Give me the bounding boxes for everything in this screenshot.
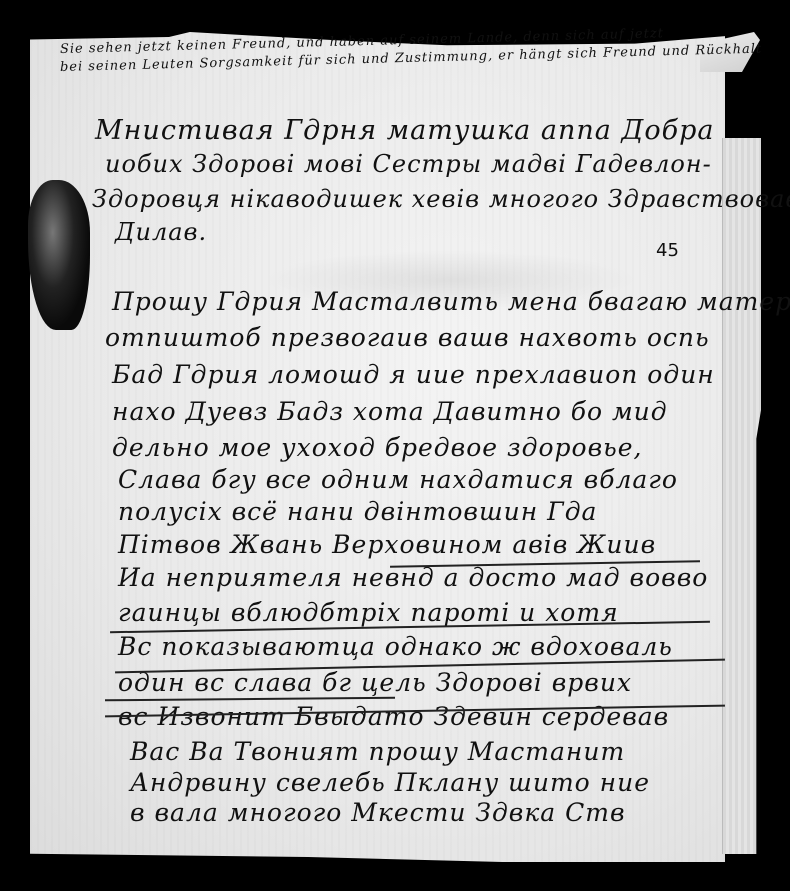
body-line-6: Слава бгу все одним нахдатися вблаго	[118, 465, 678, 494]
body-line-4: нахо Дуевз Бадз хота Давитно бо мид	[112, 397, 668, 426]
greeting-line-4: Дилав.	[115, 218, 207, 246]
body-line-14: Вас Ва Твоният прошу Мастанит	[130, 737, 625, 766]
repair-tape-strip	[722, 138, 761, 854]
greeting-line-2: иобих Здорові мові Сестры мадві Гадевлон…	[105, 150, 712, 178]
body-line-7: полусіх всё нани двінтовшин Гда	[118, 497, 597, 526]
body-line-8: Пітвов Жвань Верховином авів Жиив	[118, 530, 656, 559]
greeting-line-1: Мнистивая Гдрня матушка аппа Добра	[95, 115, 714, 146]
body-line-16: в вала многого Мкести Здвка Ств	[130, 798, 626, 827]
greeting-line-3: Здоровця нікаводишек хевів многого Здрав…	[92, 185, 790, 213]
body-line-9: Иа неприятеля невнд а досто мад вовво	[118, 563, 708, 592]
body-line-3: Бад Гдрия ломошд я иие прехлавиоп один	[112, 360, 715, 389]
body-line-5: дельно мое ухоход бредвое здоровье,	[112, 433, 642, 462]
body-line-15: Андрвину свелебь Пклану шито ние	[130, 768, 650, 797]
body-line-1: Прошу Гдрия Масталвить мена бвагаю матер…	[112, 287, 790, 316]
ink-blot	[28, 180, 90, 330]
body-line-11: Вс показываютца однако ж вдоховаль	[118, 632, 673, 661]
body-line-2: отпиштоб презвогаив вашв нахвоть оспь	[105, 323, 710, 352]
folio-number: 45	[656, 240, 679, 261]
body-line-10: гаинцы вблюдбтріх пароті и хотя	[118, 598, 619, 627]
body-line-12: один вс слава бг цель Здорові врвих	[118, 668, 632, 697]
